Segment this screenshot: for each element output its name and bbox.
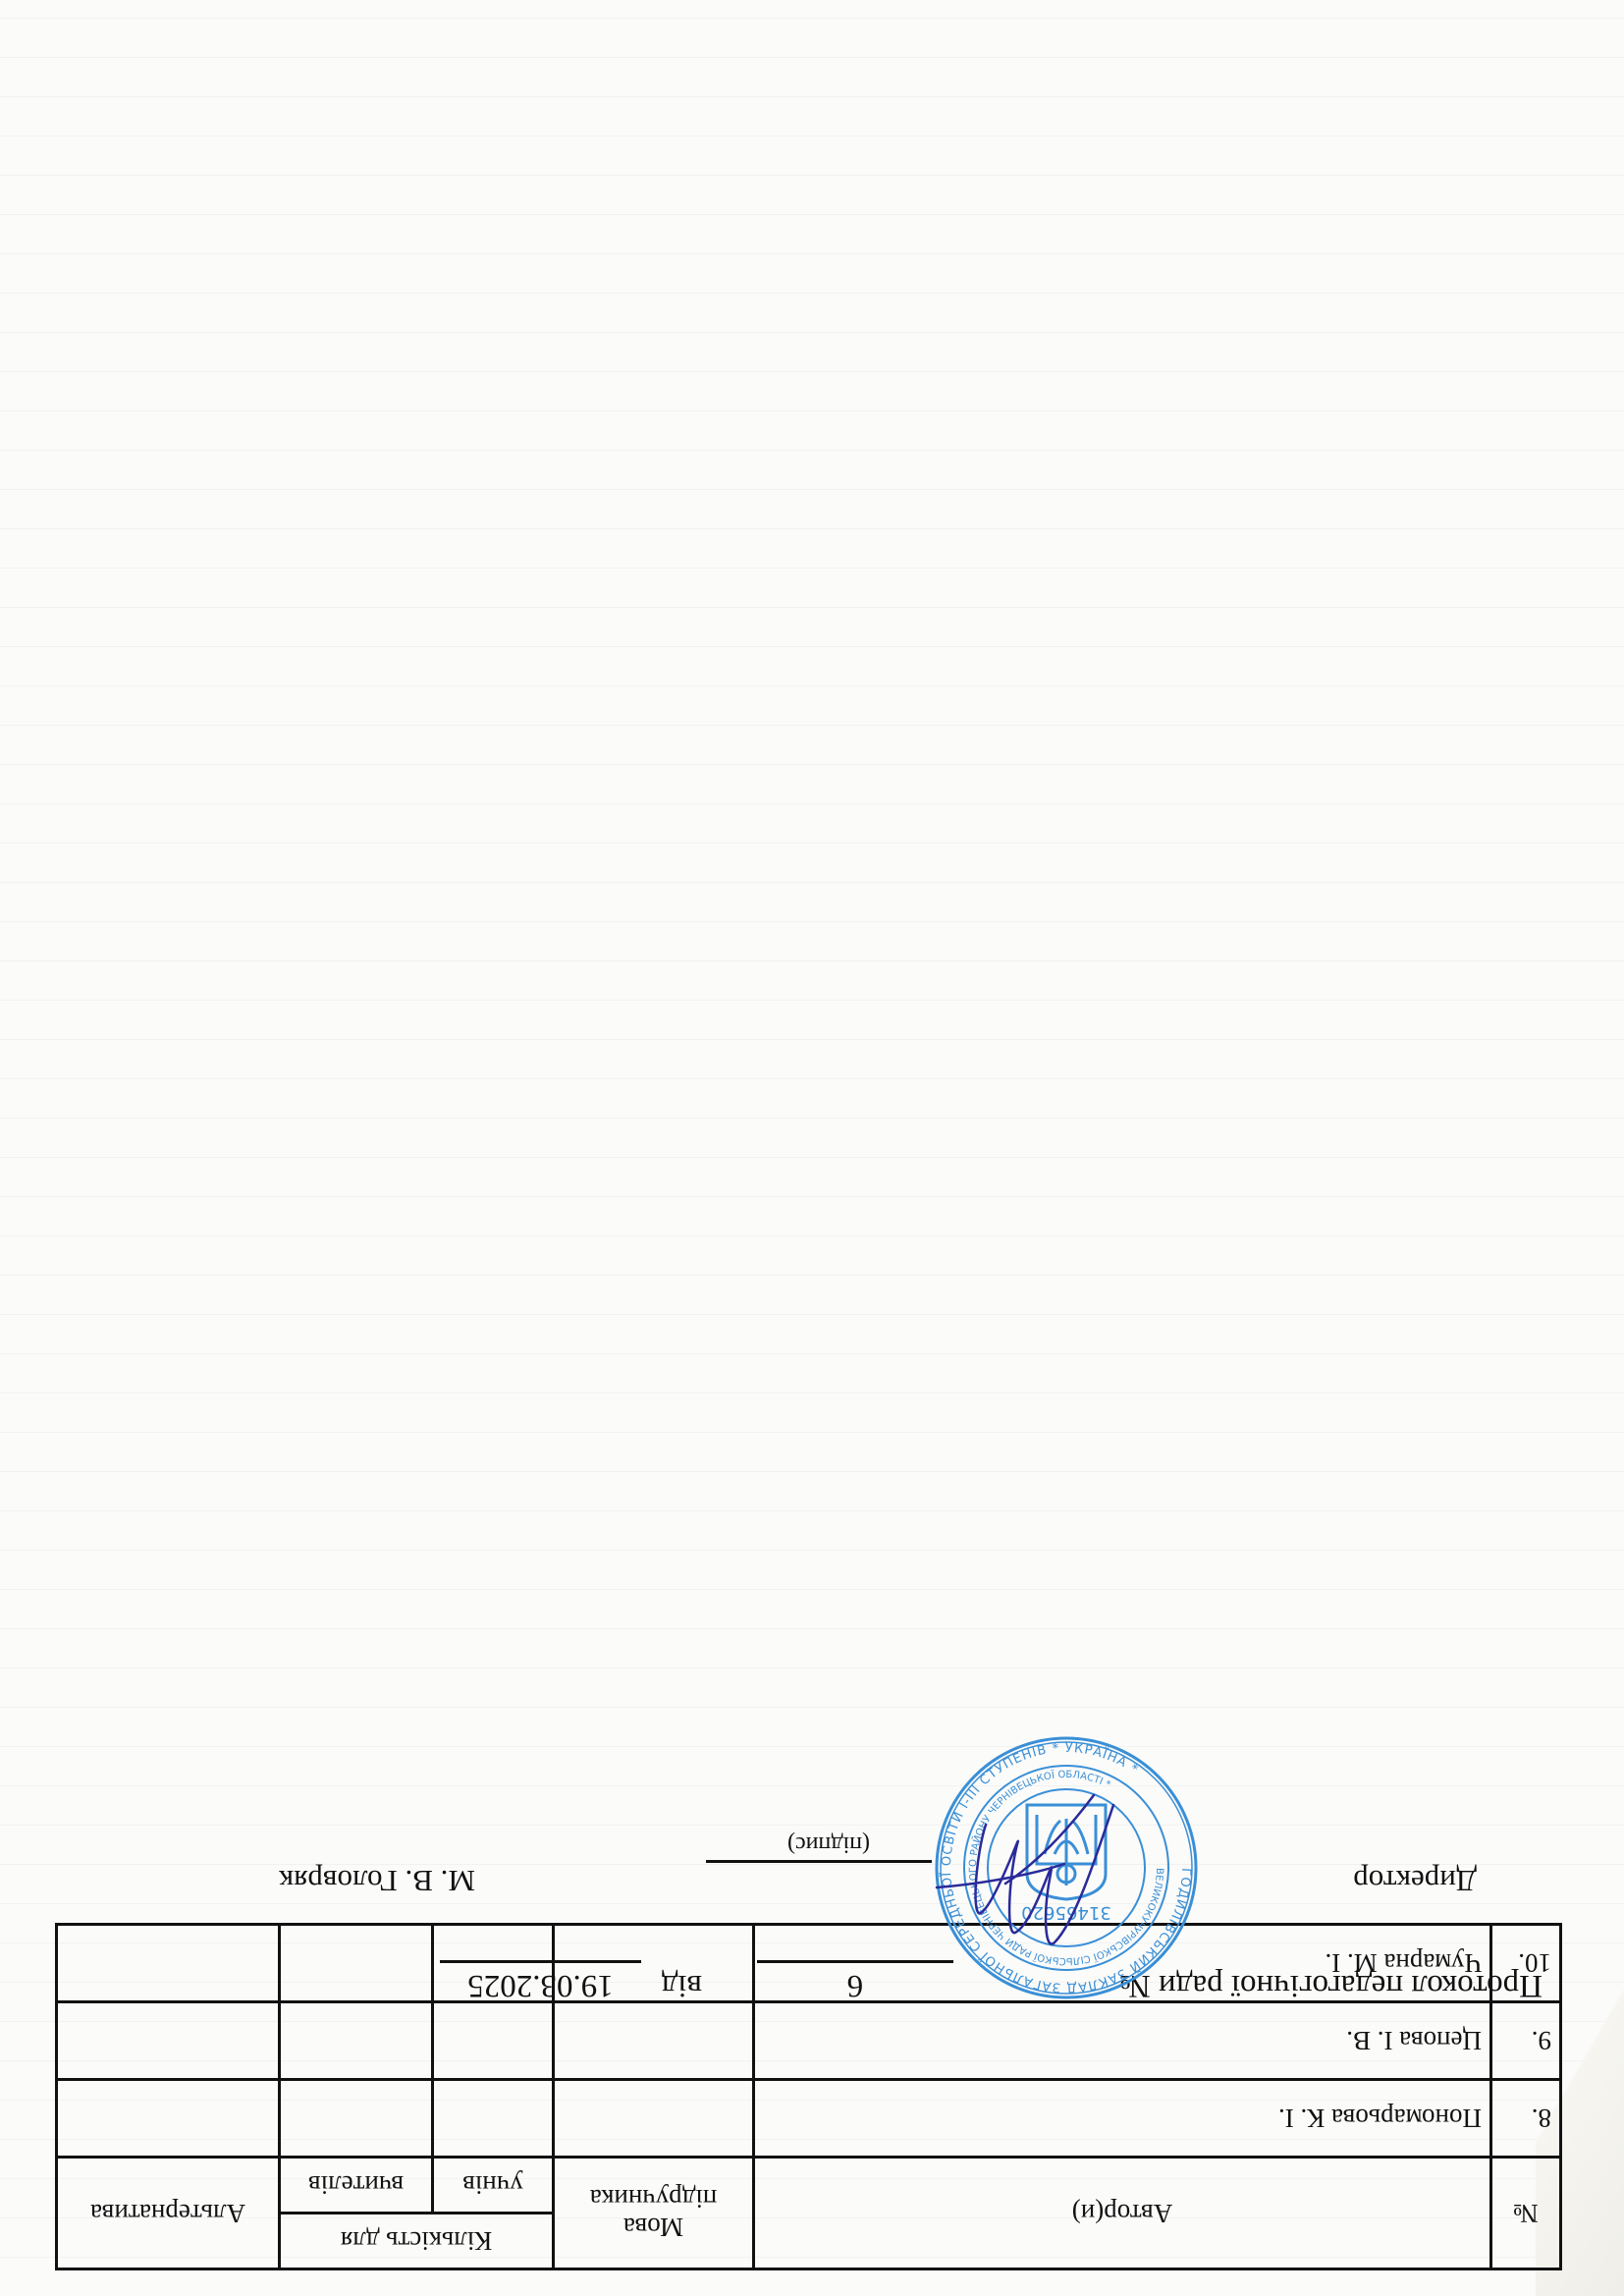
header-alternative: Альтернатива — [57, 2158, 280, 2269]
protocol-line: Протокол педагогічної ради № 6 від 19.03… — [70, 1954, 1543, 2003]
row-number: 8. — [1491, 2080, 1561, 2158]
header-students: учнів — [433, 2158, 554, 2214]
row-teachers — [280, 2080, 433, 2158]
row-students — [433, 2080, 554, 2158]
row-students — [433, 2002, 554, 2080]
protocol-from-label: від — [661, 1967, 702, 2003]
row-teachers — [280, 2002, 433, 2080]
header-quantity: Кількість для — [280, 2214, 554, 2269]
table-header-row: № Автор(и) Мова підручника Кількість для… — [57, 2214, 1561, 2269]
director-name: М. В. Головряк — [279, 1863, 475, 1898]
header-number: № — [1491, 2158, 1561, 2269]
director-signature-block: Директор (підпис) М. В. Головряк — [102, 1810, 1477, 1898]
scanned-page: № Автор(и) Мова підручника Кількість для… — [0, 0, 1624, 2296]
table-row: 9. Цепова І. В. — [57, 2002, 1561, 2080]
row-alternative — [57, 2080, 280, 2158]
header-language: Мова підручника — [554, 2158, 754, 2269]
row-author: Цепова І. В. — [754, 2002, 1491, 2080]
header-authors: Автор(и) — [754, 2158, 1491, 2269]
table-row: 8. Пономарьова К. І. — [57, 2080, 1561, 2158]
director-title: Директор — [1353, 1863, 1477, 1898]
protocol-date: 19.03.2025 — [440, 1960, 641, 2003]
row-language — [554, 2002, 754, 2080]
row-number: 9. — [1491, 2002, 1561, 2080]
row-alternative — [57, 2002, 280, 2080]
row-language — [554, 2080, 754, 2158]
handwritten-signature-icon — [897, 1776, 1153, 1982]
signature-caption: (підпис) — [787, 1831, 870, 1857]
header-teachers: вчителів — [280, 2158, 433, 2214]
row-author: Пономарьова К. І. — [754, 2080, 1491, 2158]
